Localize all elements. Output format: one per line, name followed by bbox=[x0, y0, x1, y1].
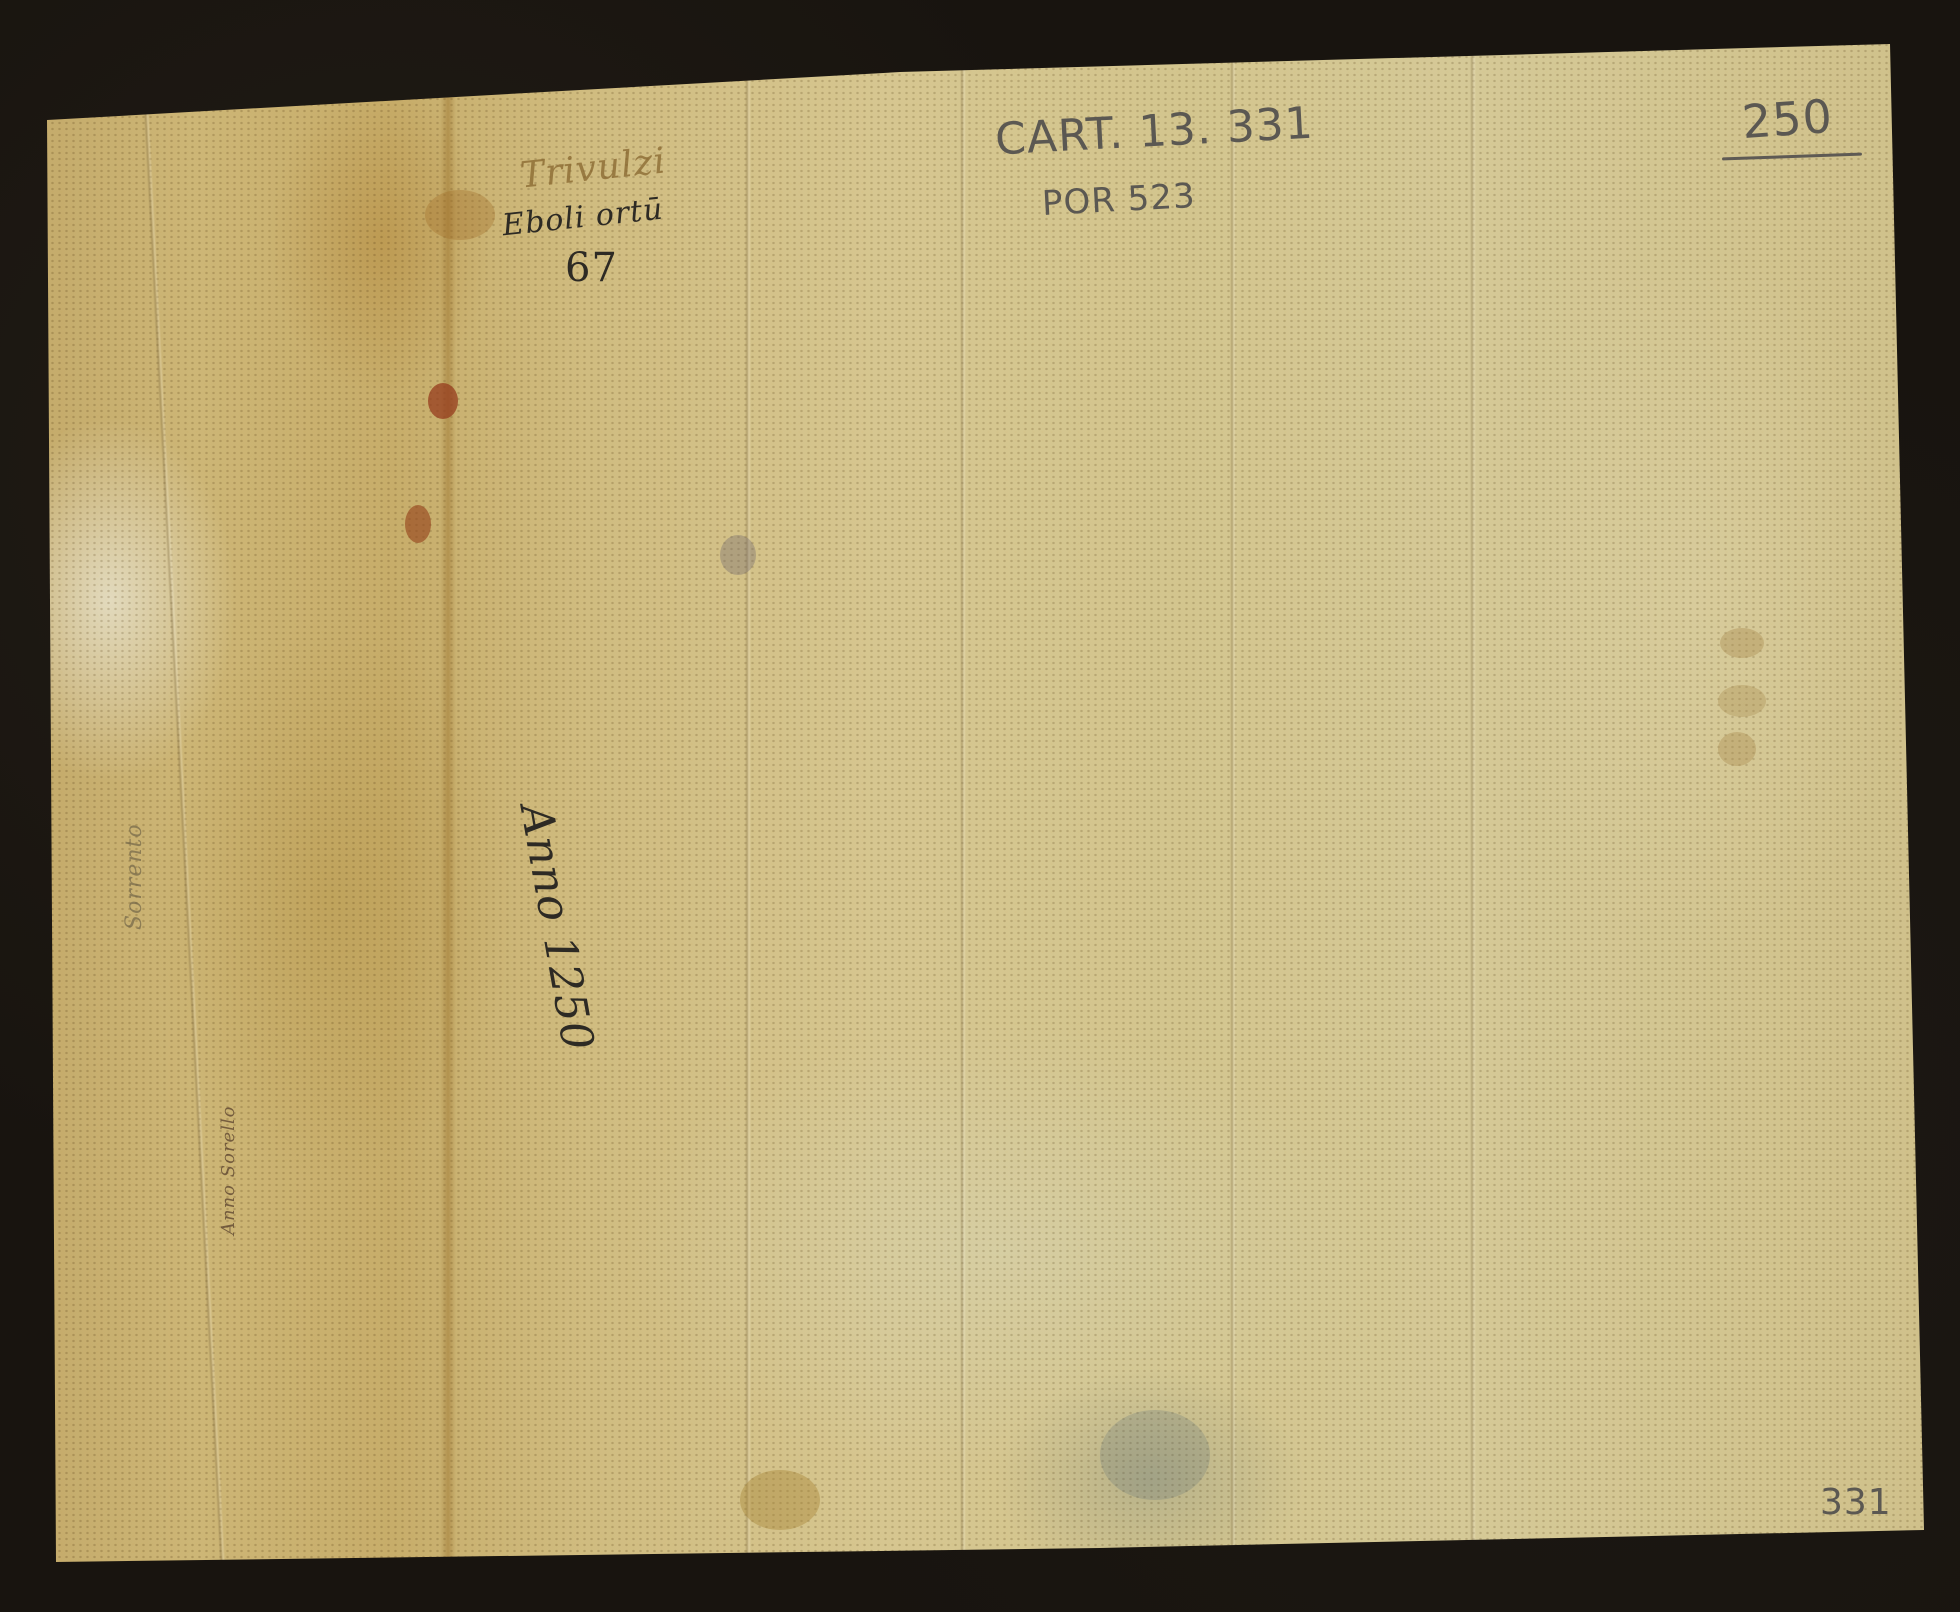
water-stain bbox=[1718, 732, 1756, 766]
red-stain bbox=[428, 383, 458, 419]
fold-line bbox=[960, 40, 966, 1580]
brown-stain bbox=[425, 190, 495, 240]
fold-line bbox=[745, 40, 751, 1580]
water-stain bbox=[1720, 628, 1764, 658]
parchment-sheet: CART. 13. 331 POR 523 250 Trivulzi Eboli… bbox=[0, 0, 1960, 1612]
parchment-texture bbox=[0, 0, 1960, 1612]
heading-number: 67 bbox=[565, 245, 618, 291]
grey-stain bbox=[720, 535, 756, 575]
fold-line bbox=[1470, 40, 1476, 1580]
red-stain bbox=[405, 505, 431, 543]
water-stain bbox=[1718, 685, 1766, 717]
archive-reference-line2: POR 523 bbox=[1041, 176, 1196, 224]
fold-line bbox=[1230, 40, 1236, 1580]
blue-grey-stain bbox=[1100, 1410, 1210, 1500]
left-margin-faint-note-2: Anno Sorello bbox=[218, 1105, 239, 1235]
folio-number-bottom-right: 331 bbox=[1820, 1482, 1892, 1523]
folio-number-top-right: 250 bbox=[1740, 89, 1834, 149]
left-margin-faint-note: Sorrento bbox=[122, 823, 147, 930]
fold-line bbox=[440, 40, 456, 1580]
brown-stain bbox=[740, 1470, 820, 1530]
